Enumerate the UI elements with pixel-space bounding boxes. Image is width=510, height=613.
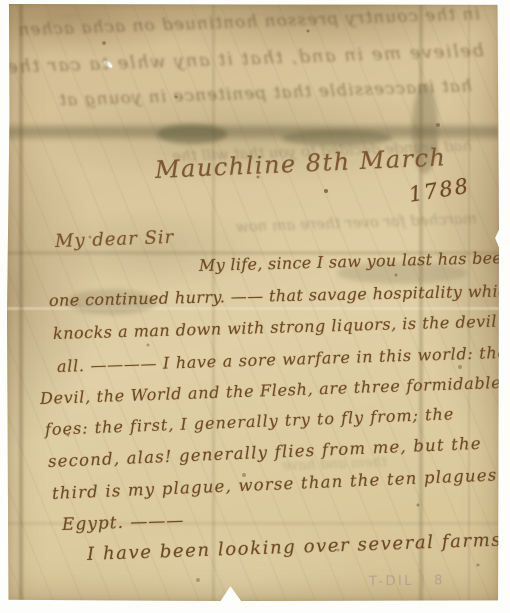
stain-blob bbox=[157, 124, 227, 144]
letter-body-line: knocks a man down with strong liquors, i… bbox=[53, 310, 510, 343]
vertical-fold-crease-left bbox=[19, 4, 23, 601]
letter-body-line: Devil, the World and the Flesh, are thre… bbox=[40, 373, 502, 408]
letter-body-line: I have been looking over several farms bbox=[87, 530, 503, 565]
bleedthrough-line: in the country presson hontinued on acha… bbox=[35, 4, 480, 40]
letter-body-line: all. ———— I have a sore warfare in this … bbox=[57, 343, 508, 376]
bleedthrough-line: believe me in and, that it any whle ta c… bbox=[29, 40, 484, 77]
bleedthrough-line: marched for over there am now bbox=[157, 209, 477, 238]
letter-year: 1788 bbox=[407, 174, 471, 207]
letter-body-line: Egypt. ——— bbox=[62, 511, 185, 535]
letter-paper: in the country presson hontinued on acha… bbox=[7, 4, 499, 601]
letter-salutation: My dear Sir bbox=[55, 227, 175, 252]
letter-body-line: My life, since I saw you last has been bbox=[199, 248, 510, 275]
letter-body-line: foes: the first, I generally try to fly … bbox=[45, 404, 455, 439]
catalog-reference-mark: T-DIL | 8 bbox=[369, 573, 445, 589]
ink-speckles bbox=[7, 4, 9, 6]
letter-body-line: one continued hurry. —— that savage hosp… bbox=[49, 281, 510, 310]
scan-background: in the country presson hontinued on acha… bbox=[0, 0, 510, 613]
bleedthrough-line: hat inaccessible that penitence in young… bbox=[27, 76, 472, 112]
